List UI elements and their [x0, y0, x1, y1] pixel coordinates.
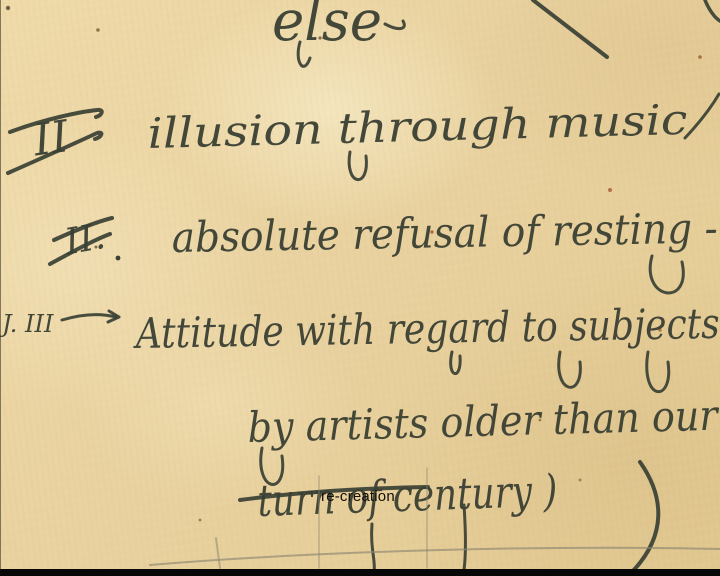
handwriting-line-3: Attitude with regard to subjects — [132, 299, 720, 358]
line-1-descender-loop — [349, 152, 366, 180]
line-3-descender-3 — [647, 352, 669, 392]
line-3-descender-1 — [451, 352, 461, 374]
handwriting-line-4: by artists older than our — [247, 391, 720, 452]
top-fragment-tail-stroke — [385, 21, 404, 29]
pencil-rule-arc — [150, 548, 720, 565]
diagonal-stroke — [533, 0, 607, 57]
line-1-end-flourish — [685, 94, 719, 138]
line-5-paren-sweep — [630, 462, 658, 574]
line-2-g-loop — [650, 256, 683, 293]
video-frame: else II illusion through music II. absol… — [0, 0, 720, 576]
line-5-f-descender — [372, 524, 375, 572]
pencil-tick — [216, 538, 220, 568]
frame-edge-line — [0, 0, 1, 576]
handwriting-line-2: absolute refusal of resting - — [171, 203, 718, 262]
corner-stroke — [705, 0, 720, 21]
line-5-descender — [464, 505, 466, 570]
line-3-descender-2 — [559, 352, 581, 387]
marker-2-dot — [116, 256, 121, 261]
handwriting-line-5: turn of century ) — [257, 466, 559, 527]
section-marker-3: J. III — [0, 310, 54, 338]
recreation-caption: re-creation — [321, 489, 395, 504]
handwriting-line-1: illusion through music — [147, 95, 688, 158]
letterbox-bar — [0, 569, 720, 576]
handwriting-top-fragment: else — [272, 0, 382, 54]
marker-3-arrow-stroke — [62, 315, 116, 320]
